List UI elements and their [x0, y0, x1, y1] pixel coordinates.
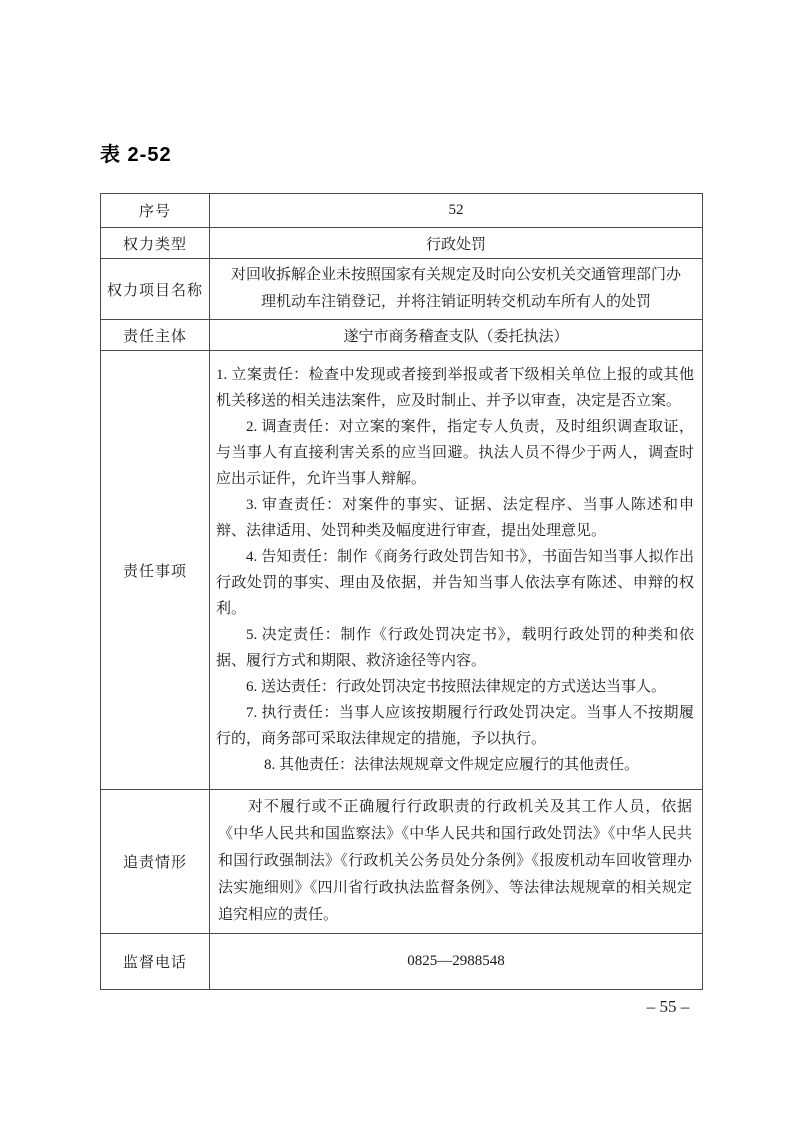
duty-items-cell: 1. 立案责任：检查中发现或者接到举报或者下级相关单位上报的或其他机关移送的相关… [210, 351, 703, 790]
responsible-subject-value: 遂宁市商务稽查支队（委托执法） [210, 320, 703, 351]
accountability-cell: 对不履行或不正确履行行政职责的行政机关及其工作人员，依据《中华人民共和国监察法》… [210, 790, 703, 934]
power-type-value: 行政处罚 [210, 228, 703, 259]
table-row: 监督电话 0825—2988548 [101, 934, 703, 990]
row-label-serial: 序号 [101, 194, 210, 228]
row-label-supervision-phone: 监督电话 [101, 934, 210, 990]
row-label-duty-items: 责任事项 [101, 351, 210, 790]
duty-item-1: 1. 立案责任：检查中发现或者接到举报或者下级相关单位上报的或其他机关移送的相关… [216, 362, 694, 414]
table-caption: 表 2-52 [100, 138, 172, 167]
duty-item-4: 4. 告知责任：制作《商务行政处罚告知书》，书面告知当事人拟作出行政处罚的事实、… [216, 544, 694, 622]
table-row: 责任主体 遂宁市商务稽查支队（委托执法） [101, 320, 703, 351]
row-label-power-type: 权力类型 [101, 228, 210, 259]
duty-item-2: 2. 调查责任：对立案的案件，指定专人负责，及时组织调查取证，与当事人有直接利害… [216, 414, 694, 492]
power-item-table: 序号 52 权力类型 行政处罚 权力项目名称 对回收拆解企业未按照国家有关规定及… [100, 193, 703, 990]
duty-item-8: 8. 其他责任：法律法规规章文件规定应履行的其他责任。 [216, 752, 694, 778]
row-label-power-item-name: 权力项目名称 [101, 259, 210, 320]
accountability-text: 对不履行或不正确履行行政职责的行政机关及其工作人员，依据《中华人民共和国监察法》… [218, 794, 692, 929]
row-label-accountability: 追责情形 [101, 790, 210, 934]
serial-number-value: 52 [210, 194, 703, 228]
row-label-responsible-subject: 责任主体 [101, 320, 210, 351]
table-row: 权力项目名称 对回收拆解企业未按照国家有关规定及时向公安机关交通管理部门办理机动… [101, 259, 703, 320]
table-row: 责任事项 1. 立案责任：检查中发现或者接到举报或者下级相关单位上报的或其他机关… [101, 351, 703, 790]
table-row: 追责情形 对不履行或不正确履行行政职责的行政机关及其工作人员，依据《中华人民共和… [101, 790, 703, 934]
table-row: 权力类型 行政处罚 [101, 228, 703, 259]
duty-item-7: 7. 执行责任：当事人应该按期履行行政处罚决定。当事人不按期履行的，商务部可采取… [216, 700, 694, 752]
duty-item-6: 6. 送达责任：行政处罚决定书按照法律规定的方式送达当事人。 [216, 674, 694, 700]
duty-item-3: 3. 审查责任：对案件的事实、证据、法定程序、当事人陈述和申辩、法律适用、处罚种… [216, 492, 694, 544]
table-row: 序号 52 [101, 194, 703, 228]
page-number: – 55 – [626, 997, 710, 1017]
supervision-phone-value: 0825—2988548 [210, 934, 703, 990]
duty-item-5: 5. 决定责任：制作《行政处罚决定书》，载明行政处罚的种类和依据、履行方式和期限… [216, 622, 694, 674]
document-page: 表 2-52 序号 52 权力类型 行政处罚 权力项目名称 对回收拆解企业未按照… [0, 0, 793, 1122]
power-item-name-value: 对回收拆解企业未按照国家有关规定及时向公安机关交通管理部门办理机动车注销登记，并… [210, 259, 703, 320]
